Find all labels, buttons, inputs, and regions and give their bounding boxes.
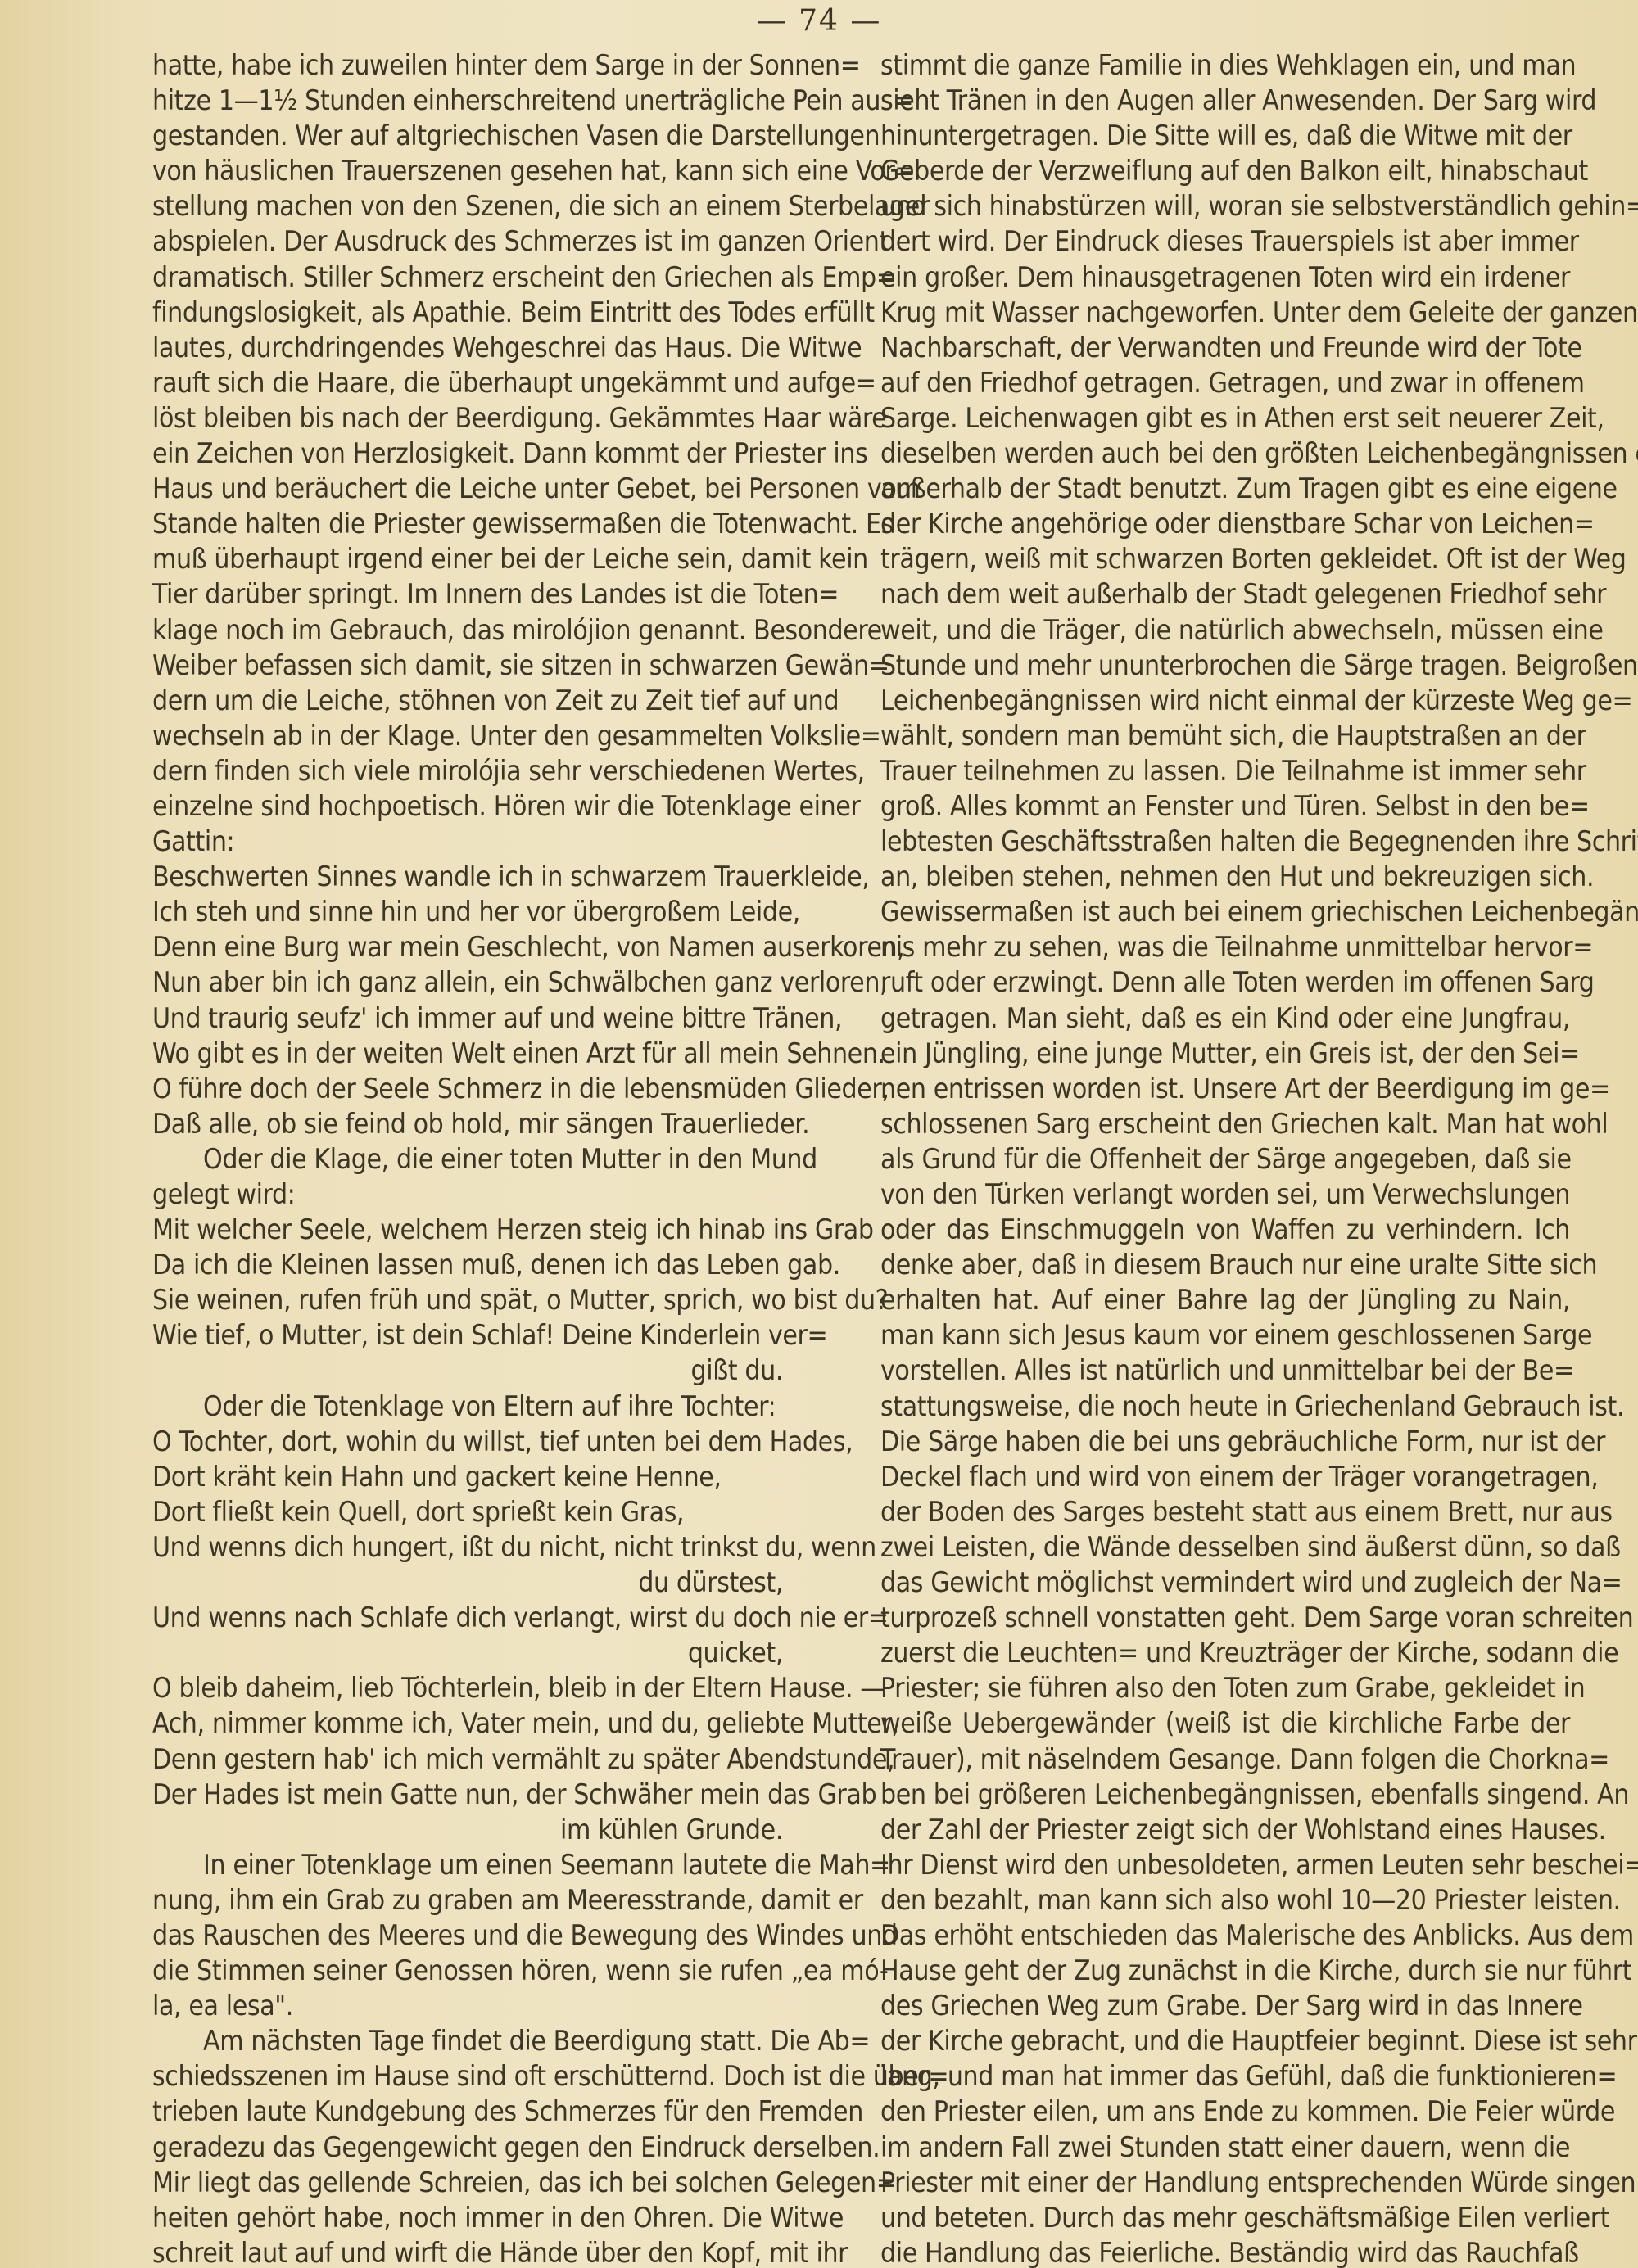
text-line: dern finden sich viele mirolójia sehr ve… bbox=[152, 753, 816, 788]
book-page: — 74 — hatte, habe ich zuweilen hinter d… bbox=[0, 0, 1638, 2268]
text-line: gißt du. bbox=[152, 1353, 816, 1388]
text-line: schlossenen Sarg erscheint den Griechen … bbox=[880, 1106, 1570, 1141]
text-line: des Griechen Weg zum Grabe. Der Sarg wir… bbox=[880, 1988, 1570, 2023]
text-line: denke aber, daß in diesem Brauch nur ein… bbox=[880, 1247, 1570, 1282]
text-line: der Kirche angehörige oder dienstbare Sc… bbox=[880, 506, 1570, 541]
text-line: nach dem weit außerhalb der Stadt gelege… bbox=[880, 576, 1570, 612]
text-line: Tier darüber springt. Im Innern des Land… bbox=[152, 576, 816, 612]
verse-line: Dort fließt kein Quell, dort sprießt kei… bbox=[152, 1494, 816, 1529]
text-line: Gattin: bbox=[152, 824, 816, 859]
text-line: ben bei größeren Leichenbegängnissen, eb… bbox=[880, 1777, 1570, 1812]
text-line: hatte, habe ich zuweilen hinter dem Sarg… bbox=[152, 47, 816, 83]
verse-line: Und traurig seufz' ich immer auf und wei… bbox=[152, 1001, 816, 1036]
text-line: la, ea lesa". bbox=[152, 1988, 816, 2023]
text-line: ein großer. Dem hinausgetragenen Toten w… bbox=[880, 260, 1570, 295]
text-line: Hause geht der Zug zunächst in die Kirch… bbox=[880, 1953, 1570, 1988]
text-line: Geberde der Verzweiflung auf den Balkon … bbox=[880, 153, 1570, 188]
text-line: schiedsszenen im Hause sind oft erschütt… bbox=[152, 2058, 816, 2094]
text-line: zuerst die Leuchten= und Kreuzträger der… bbox=[880, 1635, 1570, 1670]
text-line: lautes, durchdringendes Wehgeschrei das … bbox=[152, 330, 816, 365]
text-line: getragen. Man sieht, daß es ein Kind ode… bbox=[880, 1001, 1570, 1036]
text-line: zwei Leisten, die Wände desselben sind ä… bbox=[880, 1529, 1570, 1565]
text-line: Ihr Dienst wird den unbesoldeten, armen … bbox=[880, 1847, 1570, 1882]
verse-line: O führe doch der Seele Schmerz in die le… bbox=[152, 1071, 816, 1106]
text-line: Deckel flach und wird von einem der Träg… bbox=[880, 1459, 1570, 1494]
text-line: dieselben werden auch bei den größten Le… bbox=[880, 436, 1570, 471]
text-line: Mir liegt das gellende Schreien, das ich… bbox=[152, 2165, 816, 2200]
text-line: du dürstest, bbox=[152, 1565, 816, 1600]
verse-line: Der Hades ist mein Gatte nun, der Schwäh… bbox=[152, 1777, 816, 1812]
text-line: dramatisch. Stiller Schmerz erscheint de… bbox=[152, 260, 816, 295]
text-line: der Zahl der Priester zeigt sich der Woh… bbox=[880, 1812, 1570, 1847]
text-line: Stande halten die Priester gewissermaßen… bbox=[152, 506, 816, 541]
text-line: lang, und man hat immer das Gefühl, daß … bbox=[880, 2058, 1570, 2094]
text-line: Nachbarschaft, der Verwandten und Freund… bbox=[880, 330, 1570, 365]
text-line: sieht Tränen in den Augen aller Anwesend… bbox=[880, 83, 1570, 118]
text-line: quicket, bbox=[152, 1635, 816, 1670]
text-line: ruft oder erzwingt. Denn alle Toten werd… bbox=[880, 965, 1570, 1000]
verse-line: Sie weinen, rufen früh und spät, o Mutte… bbox=[152, 1282, 816, 1317]
text-line: Haus und beräuchert die Leiche unter Geb… bbox=[152, 471, 816, 506]
text-line: stimmt die ganze Familie in dies Wehklag… bbox=[880, 47, 1570, 83]
verse-line: Nun aber bin ich ganz allein, ein Schwäl… bbox=[152, 965, 816, 1000]
text-line: heiten gehört habe, noch immer in den Oh… bbox=[152, 2200, 816, 2235]
verse-line: Da ich die Kleinen lassen muß, denen ich… bbox=[152, 1247, 816, 1282]
text-line: groß. Alles kommt an Fenster und Türen. … bbox=[880, 788, 1570, 824]
text-line: Am nächsten Tage findet die Beerdigung s… bbox=[152, 2023, 816, 2058]
text-line: Trauer), mit näselndem Gesange. Dann fol… bbox=[880, 1742, 1570, 1777]
text-line: ein Jüngling, eine junge Mutter, ein Gre… bbox=[880, 1036, 1570, 1071]
text-line: und sich hinabstürzen will, woran sie se… bbox=[880, 188, 1570, 224]
page-number: — 74 — bbox=[0, 4, 1638, 38]
text-line: Weiber befassen sich damit, sie sitzen i… bbox=[152, 648, 816, 683]
verse-line: Wo gibt es in der weiten Welt einen Arzt… bbox=[152, 1036, 816, 1071]
text-line: klage noch im Gebrauch, das mirolójion g… bbox=[152, 612, 816, 648]
text-line: nis mehr zu sehen, was die Teilnahme unm… bbox=[880, 929, 1570, 965]
text-line: von häuslichen Trauerszenen gesehen hat,… bbox=[152, 153, 816, 188]
text-line: weiße Uebergewänder (weiß ist die kirchl… bbox=[880, 1706, 1570, 1741]
text-line: hinuntergetragen. Die Sitte will es, daß… bbox=[880, 118, 1570, 153]
text-line: von den Türken verlangt worden sei, um V… bbox=[880, 1177, 1570, 1212]
text-line: trägern, weiß mit schwarzen Borten gekle… bbox=[880, 541, 1570, 576]
text-line: nen entrissen worden ist. Unsere Art der… bbox=[880, 1071, 1570, 1106]
text-line: muß überhaupt irgend einer bei der Leich… bbox=[152, 541, 816, 576]
text-line: weit, und die Träger, die natürlich abwe… bbox=[880, 612, 1570, 648]
text-line: Leichenbegängnissen wird nicht einmal de… bbox=[880, 683, 1570, 718]
text-line: erhalten hat. Auf einer Bahre lag der Jü… bbox=[880, 1282, 1570, 1317]
verse-line: Mit welcher Seele, welchem Herzen steig … bbox=[152, 1212, 816, 1247]
text-line: hitze 1—1½ Stunden einherschreitend uner… bbox=[152, 83, 816, 118]
text-line: außerhalb der Stadt benutzt. Zum Tragen … bbox=[880, 471, 1570, 506]
verse-line: Dort kräht kein Hahn und gackert keine H… bbox=[152, 1459, 816, 1494]
text-line: Gewissermaßen ist auch bei einem griechi… bbox=[880, 894, 1570, 929]
text-line: Oder die Totenklage von Eltern auf ihre … bbox=[152, 1389, 816, 1424]
text-line: Priester; sie führen also den Toten zum … bbox=[880, 1670, 1570, 1706]
text-line: man kann sich Jesus kaum vor einem gesch… bbox=[880, 1317, 1570, 1353]
verse-line: Ich steh und sinne hin und her vor überg… bbox=[152, 894, 816, 929]
text-line: findungslosigkeit, als Apathie. Beim Ein… bbox=[152, 295, 816, 330]
text-line: Stunde und mehr ununterbrochen die Särge… bbox=[880, 648, 1570, 683]
text-line: den bezahlt, man kann sich also wohl 10—… bbox=[880, 1882, 1570, 1918]
text-line: der Boden des Sarges besteht statt aus e… bbox=[880, 1494, 1570, 1529]
text-line: die Stimmen seiner Genossen hören, wenn … bbox=[152, 1953, 816, 1988]
text-line: Krug mit Wasser nachgeworfen. Unter dem … bbox=[880, 295, 1570, 330]
verse-line: Beschwerten Sinnes wandle ich in schwarz… bbox=[152, 859, 816, 894]
text-line: den Priester eilen, um ans Ende zu komme… bbox=[880, 2094, 1570, 2129]
text-line: stellung machen von den Szenen, die sich… bbox=[152, 188, 816, 224]
text-line: dern um die Leiche, stöhnen von Zeit zu … bbox=[152, 683, 816, 718]
text-line: Trauer teilnehmen zu lassen. Die Teilnah… bbox=[880, 753, 1570, 788]
text-line: rauft sich die Haare, die überhaupt unge… bbox=[152, 365, 816, 400]
text-line: Oder die Klage, die einer toten Mutter i… bbox=[152, 1141, 816, 1177]
text-line: schreit laut auf und wirft die Hände übe… bbox=[152, 2235, 816, 2268]
left-text-column: hatte, habe ich zuweilen hinter dem Sarg… bbox=[152, 47, 816, 2268]
text-line: das Rauschen des Meeres und die Bewegung… bbox=[152, 1918, 816, 1953]
text-line: der Kirche gebracht, und die Hauptfeier … bbox=[880, 2023, 1570, 2058]
text-line: nung, ihm ein Grab zu graben am Meeresst… bbox=[152, 1882, 816, 1918]
text-line: Und wenns dich hungert, ißt du nicht, ni… bbox=[152, 1529, 816, 1565]
text-line: Priester mit einer der Handlung entsprec… bbox=[880, 2165, 1570, 2200]
text-line: oder das Einschmuggeln von Waffen zu ver… bbox=[880, 1212, 1570, 1247]
text-line: Und wenns nach Schlafe dich verlangt, wi… bbox=[152, 1600, 816, 1635]
text-line: im kühlen Grunde. bbox=[152, 1812, 816, 1847]
text-line: geradezu das Gegengewicht gegen den Eind… bbox=[152, 2130, 816, 2165]
text-line: wählt, sondern man bemüht sich, die Haup… bbox=[880, 718, 1570, 753]
text-line: das Gewicht möglichst vermindert wird un… bbox=[880, 1565, 1570, 1600]
text-line: turprozeß schnell vonstatten geht. Dem S… bbox=[880, 1600, 1570, 1635]
text-line: trieben laute Kundgebung des Schmerzes f… bbox=[152, 2094, 816, 2129]
text-line: vorstellen. Alles ist natürlich und unmi… bbox=[880, 1353, 1570, 1388]
verse-line: Daß alle, ob sie feind ob hold, mir säng… bbox=[152, 1106, 816, 1141]
text-line: Wie tief, o Mutter, ist dein Schlaf! Dei… bbox=[152, 1317, 816, 1353]
text-line: dert wird. Der Eindruck dieses Trauerspi… bbox=[880, 224, 1570, 259]
text-line: gestanden. Wer auf altgriechischen Vasen… bbox=[152, 118, 816, 153]
text-line: einzelne sind hochpoetisch. Hören wir di… bbox=[152, 788, 816, 824]
text-line: lebtesten Geschäftsstraßen halten die Be… bbox=[880, 824, 1570, 859]
text-line: Die Särge haben die bei uns gebräuchlich… bbox=[880, 1424, 1570, 1459]
text-line: löst bleiben bis nach der Beerdigung. Ge… bbox=[152, 400, 816, 436]
verse-line: Ach, nimmer komme ich, Vater mein, und d… bbox=[152, 1706, 816, 1741]
text-line: die Handlung das Feierliche. Beständig w… bbox=[880, 2235, 1570, 2268]
text-line: Das erhöht entschieden das Malerische de… bbox=[880, 1918, 1570, 1953]
text-line: im andern Fall zwei Stunden statt einer … bbox=[880, 2130, 1570, 2165]
text-line: an, bleiben stehen, nehmen den Hut und b… bbox=[880, 859, 1570, 894]
text-line: ein Zeichen von Herzlosigkeit. Dann komm… bbox=[152, 436, 816, 471]
verse-line: O bleib daheim, lieb Töchterlein, bleib … bbox=[152, 1670, 816, 1706]
text-line: auf den Friedhof getragen. Getragen, und… bbox=[880, 365, 1570, 400]
verse-line: Denn gestern hab' ich mich vermählt zu s… bbox=[152, 1742, 816, 1777]
text-line: abspielen. Der Ausdruck des Schmerzes is… bbox=[152, 224, 816, 259]
text-line: wechseln ab in der Klage. Unter den gesa… bbox=[152, 718, 816, 753]
text-line: als Grund für die Offenheit der Särge an… bbox=[880, 1141, 1570, 1177]
right-text-column: stimmt die ganze Familie in dies Wehklag… bbox=[880, 47, 1570, 2268]
text-line: Sarge. Leichenwagen gibt es in Athen ers… bbox=[880, 400, 1570, 436]
text-line: und beteten. Durch das mehr geschäftsmäß… bbox=[880, 2200, 1570, 2235]
verse-line: Denn eine Burg war mein Geschlecht, von … bbox=[152, 929, 816, 965]
text-line: gelegt wird: bbox=[152, 1177, 816, 1212]
text-line: stattungsweise, die noch heute in Griech… bbox=[880, 1389, 1570, 1424]
verse-line: O Tochter, dort, wohin du willst, tief u… bbox=[152, 1424, 816, 1459]
text-line: In einer Totenklage um einen Seemann lau… bbox=[152, 1847, 816, 1882]
